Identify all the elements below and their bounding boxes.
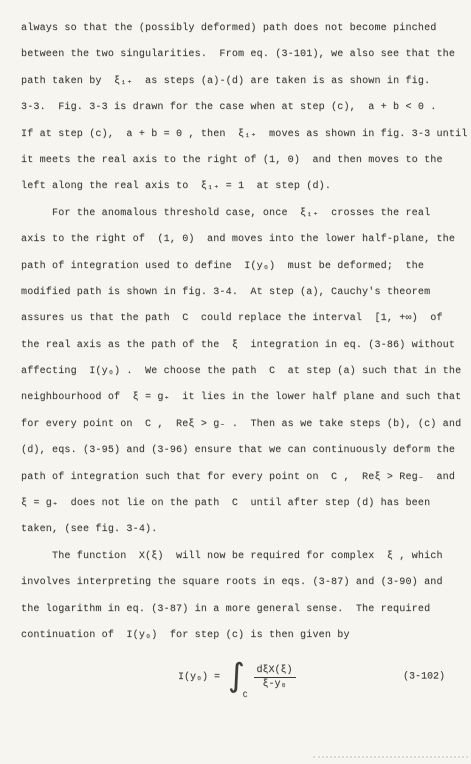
fraction-numerator: dξX(ξ) <box>254 665 296 678</box>
fraction: dξX(ξ) ξ-y₀ <box>254 665 296 690</box>
text-line: path taken by ξ₁₊ as steps (a)-(d) are t… <box>21 69 463 95</box>
equation-3-102: I(y₀) = ∫C dξX(ξ) ξ-y₀ (3-102) <box>0 648 471 706</box>
text-line: it meets the real axis to the right of (… <box>21 148 463 174</box>
text-line: path of integration such that for every … <box>21 465 463 491</box>
scan-artifact-line <box>313 756 468 758</box>
text-line: for every point on C , Reξ > g₋ . Then a… <box>21 412 463 438</box>
text-line: taken, (see fig. 3-4). <box>21 517 463 543</box>
text-line: always so that the (possibly deformed) p… <box>21 16 463 42</box>
equation-expression: I(y₀) = ∫C dξX(ξ) ξ-y₀ <box>178 648 296 706</box>
equation-number: (3-102) <box>403 672 445 683</box>
text-line: 3-3. Fig. 3-3 is drawn for the case when… <box>21 95 463 121</box>
text-line: the logarithm in eq. (3-87) in a more ge… <box>21 597 463 623</box>
text-line: The function X(ξ) will now be required f… <box>21 544 463 570</box>
text-line: continuation of I(y₀) for step (c) is th… <box>21 623 463 649</box>
text-line: For the anomalous threshold case, once ξ… <box>21 201 463 227</box>
text-line: between the two singularities. From eq. … <box>21 42 463 68</box>
text-line: ξ = g₊ does not lie on the path C until … <box>21 491 463 517</box>
text-line: neighbourhood of ξ = g₊ it lies in the l… <box>21 385 463 411</box>
text-line: If at step (c), a + b = 0 , then ξ₁₊ mov… <box>21 122 463 148</box>
integral-glyph: ∫ <box>228 656 245 694</box>
text-line: involves interpreting the square roots i… <box>21 570 463 596</box>
equation-lhs: I(y₀) = <box>178 672 220 683</box>
text-line: path of integration used to define I(y₀)… <box>21 254 463 280</box>
integral-bound: C <box>243 691 248 700</box>
text-line: axis to the right of (1, 0) and moves in… <box>21 227 463 253</box>
text-line: affecting I(y₀) . We choose the path C a… <box>21 359 463 385</box>
text-line: (d), eqs. (3-95) and (3-96) ensure that … <box>21 438 463 464</box>
text-line: left along the real axis to ξ₁₊ = 1 at s… <box>21 174 463 200</box>
body-text: always so that the (possibly deformed) p… <box>21 16 463 649</box>
document-page: always so that the (possibly deformed) p… <box>0 0 471 764</box>
text-line: assures us that the path C could replace… <box>21 306 463 332</box>
text-line: modified path is shown in fig. 3-4. At s… <box>21 280 463 306</box>
integral-sign: ∫C <box>228 659 249 691</box>
fraction-denominator: ξ-y₀ <box>254 678 296 690</box>
text-line: the real axis as the path of the ξ integ… <box>21 333 463 359</box>
